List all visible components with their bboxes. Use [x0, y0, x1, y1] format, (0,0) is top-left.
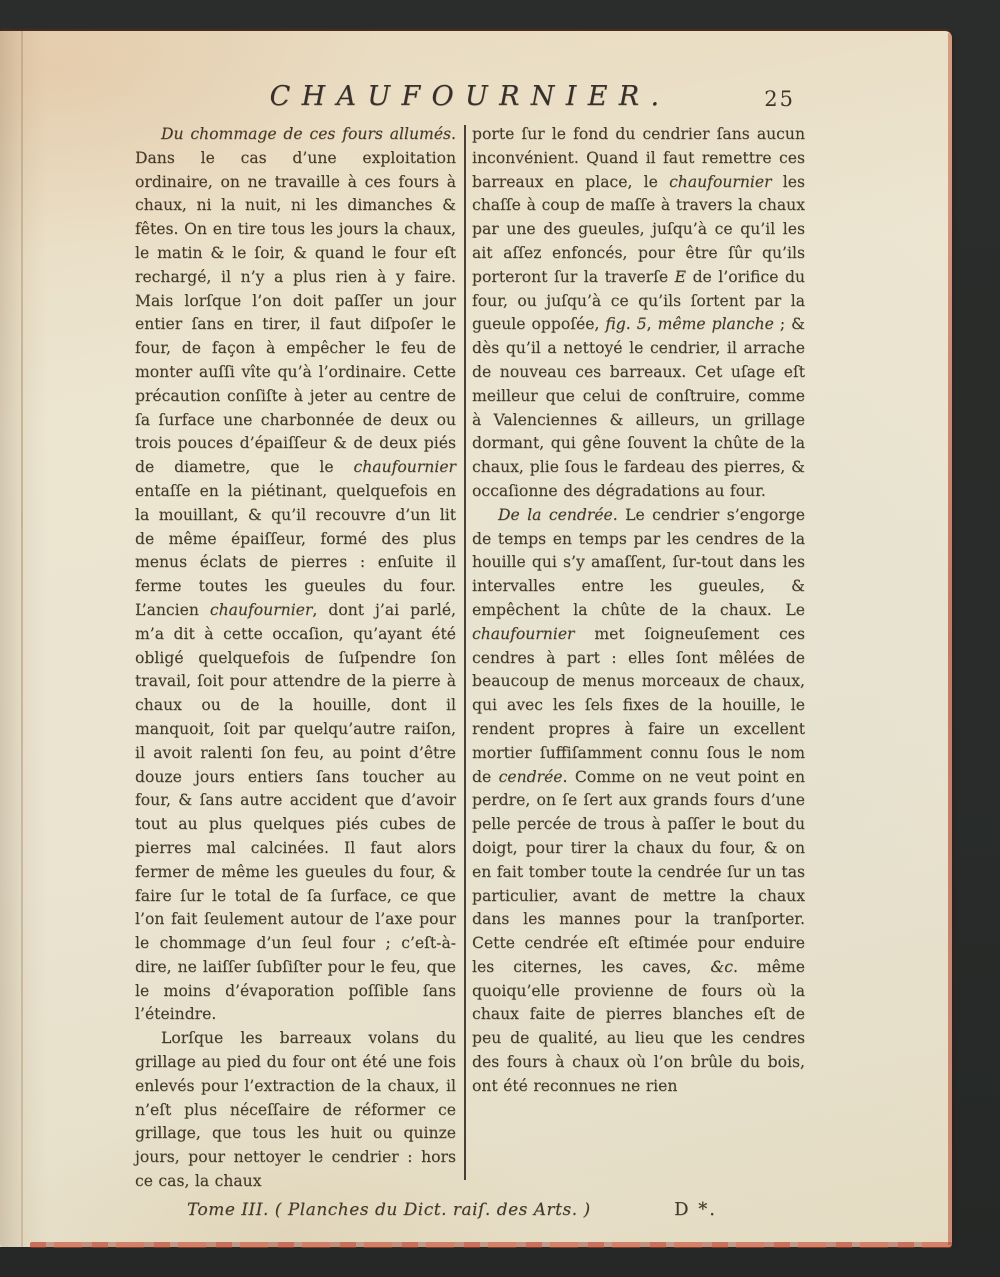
text-run: ,: [647, 315, 658, 333]
paragraph: Lorſque les barreaux volans du grillage …: [135, 1027, 456, 1194]
italic-text-run: fig. 5: [605, 315, 646, 333]
page-number: 25: [764, 87, 795, 111]
paragraph: Du chommage de ces fours allumés. Dans l…: [135, 123, 456, 1027]
footer-line: Tome III. ( Planches du Dict. raiſ. des …: [135, 1199, 805, 1220]
tome-imprint: Tome III. ( Planches du Dict. raiſ. des …: [187, 1200, 591, 1220]
book-page: CHAUFOURNIER. 25 Du chommage de ces four…: [0, 31, 952, 1247]
italic-text-run: cendrée: [499, 768, 563, 786]
page-title: CHAUFOURNIER.: [270, 81, 671, 112]
paragraph: porte ſur le fond du cendrier ſans aucun…: [472, 123, 805, 504]
italic-text-run: chaufournier: [669, 173, 772, 191]
scanner-background: CHAUFOURNIER. 25 Du chommage de ces four…: [0, 0, 1000, 1277]
italic-text-run: Du chommage de ces fours allumés.: [161, 125, 456, 143]
text-run: , dont j’ai parlé, m’a dit à cette occaſ…: [135, 601, 456, 1024]
text-run: Dans le cas d’une exploitation ordinaire…: [135, 149, 456, 476]
text-run: . Comme on ne veut point en perdre, on ſ…: [472, 768, 805, 976]
text-run: Lorſque les barreaux volans du grillage …: [135, 1029, 456, 1190]
text-column-right: porte ſur le fond du cendrier ſans aucun…: [472, 123, 805, 1194]
italic-text-run: chaufournier: [354, 458, 457, 476]
italic-text-run: chaufournier: [472, 625, 575, 643]
column-divider-rule: [464, 125, 466, 1180]
binding-gutter-shadow: [0, 31, 48, 1247]
italic-text-run: chaufournier: [210, 601, 313, 619]
text-block: CHAUFOURNIER. 25 Du chommage de ces four…: [135, 81, 805, 1220]
running-head: CHAUFOURNIER. 25: [135, 81, 805, 121]
red-sprinkled-bottom-edge: [30, 1242, 952, 1248]
text-run: entaſſe en la piétinant, quelquefois en …: [135, 482, 456, 619]
text-column-left: Du chommage de ces fours allumés. Dans l…: [135, 123, 456, 1194]
text-run: met ſoigneuſement ces cendres à part : e…: [472, 625, 805, 786]
italic-text-run: &c.: [710, 958, 738, 976]
two-column-layout: Du chommage de ces fours allumés. Dans l…: [135, 123, 805, 1194]
red-sprinkled-fore-edge: [948, 33, 952, 1245]
italic-text-run: De la cendrée.: [498, 506, 618, 524]
signature-mark: D *.: [674, 1199, 717, 1220]
text-run: ; & dès qu’il a nettoyé le cendrier, il …: [472, 315, 805, 500]
italic-text-run: E: [675, 268, 686, 286]
text-run: même quoiqu’elle provienne de fours où l…: [472, 958, 805, 1095]
binding-crease: [21, 31, 23, 1247]
italic-text-run: même planche: [658, 315, 774, 333]
paragraph: De la cendrée. Le cendrier s’engorge de …: [472, 504, 805, 1099]
